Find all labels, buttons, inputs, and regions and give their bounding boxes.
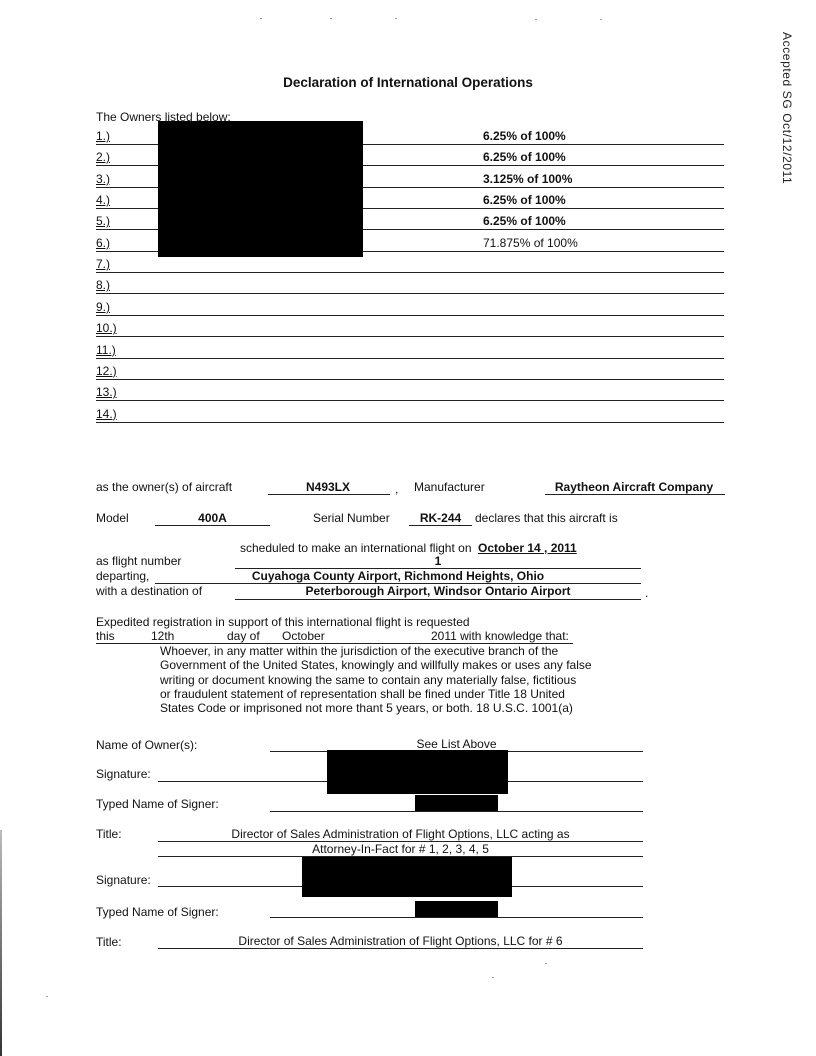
owner-row: 11.) (96, 338, 724, 359)
scheduled-text: scheduled to make an international fligh… (240, 541, 472, 555)
destination-value: Peterborough Airport, Windsor Ontario Ai… (235, 584, 641, 598)
redacted-signature-1 (327, 750, 508, 794)
name-of-owners-value: See List Above (270, 737, 643, 751)
scan-speck (395, 18, 397, 19)
owner-row: 13.) (96, 380, 724, 401)
redacted-signature-2 (302, 857, 512, 897)
owner-number: 11.) (96, 343, 116, 357)
owner-number: 6.) (96, 236, 110, 250)
owner-number: 10.) (96, 321, 117, 335)
owner-number: 14.) (96, 407, 117, 421)
owner-number: 3.) (96, 172, 110, 186)
request-text: Expedited registration in support of thi… (96, 615, 470, 629)
manufacturer-underline (545, 494, 725, 495)
redacted-owner-names (158, 121, 363, 257)
owner-share: 6.25% of 100% (483, 214, 566, 228)
owner-row: 14.) (96, 402, 724, 423)
title-1-line-2: Attorney-In-Fact for # 1, 2, 3, 4, 5 (158, 842, 643, 856)
warning-line: States Code or imprisoned not more thant… (160, 701, 592, 715)
owner-number: 12.) (96, 364, 117, 378)
month-value: October (282, 629, 325, 643)
departing-value: Cuyahoga County Airport, Richmond Height… (155, 569, 641, 583)
owner-row: 12.) (96, 359, 724, 380)
this-label: this (96, 629, 115, 643)
warning-line: or fraudulent statement of representatio… (160, 687, 592, 701)
typed-name-1-line[interactable] (270, 811, 643, 812)
false-statement-warning: Whoever, in any matter within the jurisd… (160, 644, 592, 715)
redacted-typed-name-1 (415, 795, 498, 811)
flight-number-value: 1 (235, 554, 641, 568)
name-of-owners-label: Name of Owner(s): (96, 738, 197, 752)
owner-share: 6.25% of 100% (483, 193, 566, 207)
title-2-underline (158, 948, 643, 949)
manufacturer-label: Manufacturer (414, 480, 485, 494)
title-2-value: Director of Sales Administration of Flig… (158, 934, 643, 948)
scan-edge-artifact (0, 830, 2, 1056)
owner-share: 6.25% of 100% (483, 150, 566, 164)
serial-underline (409, 525, 472, 526)
scan-speck (535, 19, 537, 20)
owner-row: 10.) (96, 316, 724, 337)
owner-number: 2.) (96, 150, 110, 164)
scan-speck (46, 996, 48, 997)
day-of-label: day of (227, 629, 260, 643)
scan-speck (330, 18, 332, 19)
warning-line: Whoever, in any matter within the jurisd… (160, 644, 592, 658)
typed-name-2-label: Typed Name of Signer: (96, 905, 219, 919)
destination-underline (235, 599, 641, 600)
owner-row: 9.) (96, 295, 724, 316)
destination-period: . (645, 586, 648, 600)
redacted-typed-name-2 (415, 901, 498, 917)
aircraft-owner-label: as the owner(s) of aircraft (96, 480, 232, 494)
typed-name-1-label: Typed Name of Signer: (96, 797, 219, 811)
registration-comma: , (395, 482, 398, 496)
departing-label: departing, (96, 569, 149, 583)
owner-number: 9.) (96, 300, 110, 314)
scan-speck (545, 963, 547, 964)
flight-number-label: as flight number (96, 554, 181, 568)
title-1-line-1: Director of Sales Administration of Flig… (158, 827, 643, 841)
warning-line: Government of the United States, knowing… (160, 658, 592, 672)
declares-text: declares that this aircraft is (475, 511, 618, 525)
model-value: 400A (155, 511, 270, 525)
signature-2-label: Signature: (96, 873, 151, 887)
registration-underline (268, 494, 390, 495)
owner-line[interactable] (96, 422, 724, 423)
signature-1-label: Signature: (96, 767, 151, 781)
aircraft-registration: N493LX (268, 480, 388, 494)
owner-number: 8.) (96, 278, 110, 292)
owner-number: 1.) (96, 129, 110, 143)
document-title: Declaration of International Operations (0, 75, 816, 90)
owner-share: 6.25% of 100% (483, 129, 566, 143)
acceptance-stamp: Accepted SG Oct/12/2011 (780, 32, 794, 184)
owner-number: 7.) (96, 257, 110, 271)
warning-line: writing or document knowing the same to … (160, 673, 592, 687)
owner-number: 13.) (96, 385, 117, 399)
year-text: 2011 with knowledge that: (431, 629, 569, 643)
day-value: 12th (151, 629, 174, 643)
owner-number: 4.) (96, 193, 110, 207)
owner-share: 71.875% of 100% (483, 236, 578, 250)
typed-name-2-line[interactable] (270, 917, 643, 918)
scan-speck (492, 977, 494, 978)
model-label: Model (96, 511, 129, 525)
model-underline (155, 525, 270, 526)
serial-value: RK-244 (409, 511, 472, 525)
document-title-text: Declaration of International Operations (283, 75, 533, 90)
title-2-label: Title: (96, 935, 122, 949)
manufacturer-value: Raytheon Aircraft Company (545, 480, 723, 494)
owner-share: 3.125% of 100% (483, 172, 572, 186)
serial-label: Serial Number (313, 511, 390, 525)
owner-row: 8.) (96, 273, 724, 294)
flight-date: October 14 , 2011 (478, 541, 577, 555)
destination-label: with a destination of (96, 584, 202, 598)
scan-speck (600, 19, 602, 20)
owner-number: 5.) (96, 214, 110, 228)
scan-speck (260, 18, 262, 19)
title-1-label: Title: (96, 827, 122, 841)
